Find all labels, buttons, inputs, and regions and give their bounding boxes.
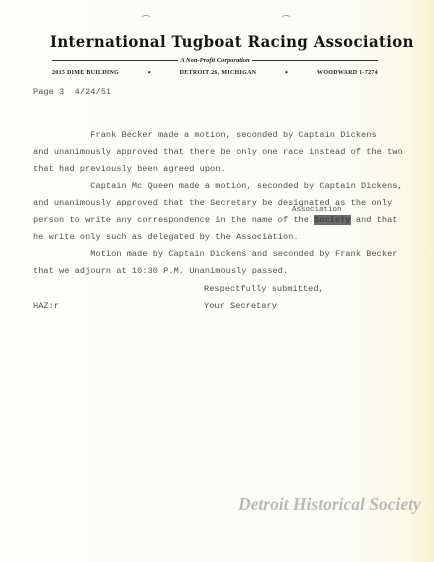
body-line: Frank Becker made a motion, seconded by … bbox=[33, 130, 377, 140]
body-line-text: person to write any correspondence in th… bbox=[33, 215, 314, 225]
rule-right bbox=[252, 60, 378, 61]
body-line-tail: and that bbox=[351, 215, 398, 225]
body-line: Motion made by Captain Dickens and secon… bbox=[33, 249, 398, 259]
body-line: person to write any correspondence in th… bbox=[33, 215, 398, 225]
closing-line: Respectfully submitted, bbox=[204, 284, 324, 294]
document-page: International Tugboat Racing Association… bbox=[0, 0, 434, 562]
punch-hole-left bbox=[141, 15, 151, 21]
bullet-separator: • bbox=[148, 68, 151, 77]
body-line: he write only such as delegated by the A… bbox=[33, 232, 299, 242]
body-line: that had previously been agreed upon. bbox=[33, 164, 226, 174]
struck-word: Society bbox=[314, 215, 350, 225]
rule-left bbox=[52, 60, 178, 61]
body-line: and unanimously approved that there be o… bbox=[33, 147, 403, 157]
letterhead-rule: A Non-Profit Corporation bbox=[52, 56, 378, 64]
page-header-line: Page 3 4/24/51 bbox=[33, 87, 111, 97]
body-line: Captain Mc Queen made a motion, seconded… bbox=[33, 181, 403, 191]
letterhead-title: International Tugboat Racing Association bbox=[50, 32, 371, 51]
typist-initials: HAZ:r bbox=[33, 301, 59, 311]
address-phone: WOODWARD 1-7274 bbox=[317, 70, 378, 76]
body-line: that we adjourn at 10:30 P.M. Unanimousl… bbox=[33, 266, 288, 276]
punch-hole-right bbox=[281, 15, 291, 21]
address-street: 2015 DIME BUILDING bbox=[52, 70, 119, 76]
address-city: DETROIT 26, MICHIGAN bbox=[180, 70, 257, 76]
bullet-separator: • bbox=[285, 68, 288, 77]
insertion-text: Association bbox=[292, 206, 342, 214]
closing-signature: Your Secretary bbox=[204, 301, 277, 311]
watermark: Detroit Historical Society bbox=[238, 494, 421, 515]
letterhead-subtitle: A Non-Profit Corporation bbox=[178, 57, 251, 64]
letterhead-address: 2015 DIME BUILDING • DETROIT 26, MICHIGA… bbox=[52, 68, 378, 77]
